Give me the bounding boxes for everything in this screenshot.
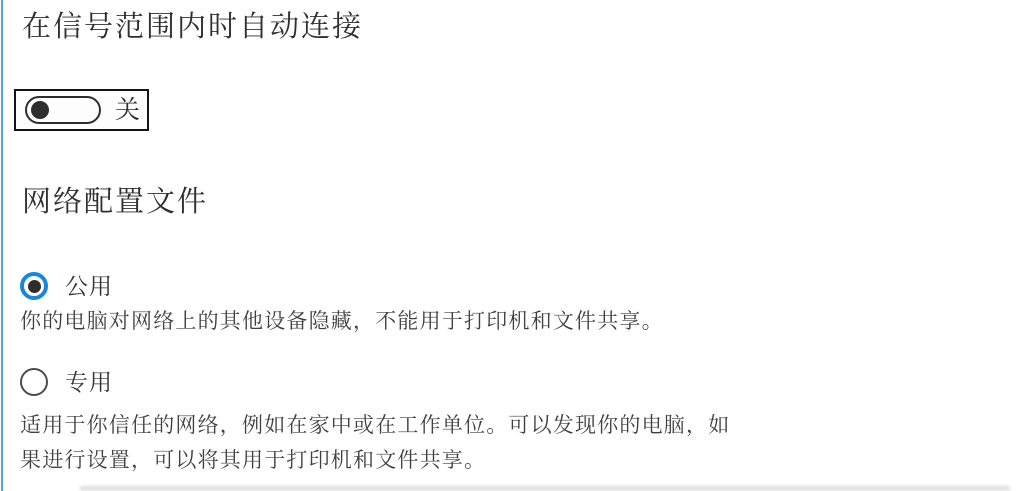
radio-description-public: 你的电脑对网络上的其他设备隐藏，不能用于打印机和文件共享。 bbox=[20, 306, 664, 338]
toggle-knob-icon bbox=[31, 101, 49, 119]
toggle-track bbox=[25, 96, 101, 124]
auto-connect-toggle[interactable]: 关 bbox=[14, 89, 149, 131]
radio-dot bbox=[28, 280, 41, 293]
settings-page-wifi-properties: 在信号范围内时自动连接 关 网络配置文件 公用 你的电脑对网络上的其他设备隐藏，… bbox=[0, 0, 1020, 491]
network-profile-heading: 网络配置文件 bbox=[22, 187, 208, 217]
radio-label-private: 专用 bbox=[65, 371, 113, 394]
radio-unselected-icon bbox=[20, 368, 48, 396]
cutoff-next-content-hint bbox=[80, 486, 1010, 491]
radio-description-private-line1: 适用于你信任的网络，例如在家中或在工作单位。可以发现你的电脑，如 bbox=[20, 408, 730, 443]
radio-option-public[interactable]: 公用 bbox=[20, 272, 113, 300]
window-left-accent-border bbox=[1, 0, 3, 491]
radio-option-private[interactable]: 专用 bbox=[20, 368, 113, 396]
radio-description-private-line2: 果进行设置，可以将其用于打印机和文件共享。 bbox=[20, 443, 730, 478]
auto-connect-heading: 在信号范围内时自动连接 bbox=[22, 12, 363, 42]
radio-label-public: 公用 bbox=[65, 275, 113, 298]
toggle-state-label: 关 bbox=[115, 98, 140, 123]
radio-selected-icon bbox=[20, 272, 48, 300]
radio-description-private: 适用于你信任的网络，例如在家中或在工作单位。可以发现你的电脑，如 果进行设置，可… bbox=[20, 408, 730, 478]
